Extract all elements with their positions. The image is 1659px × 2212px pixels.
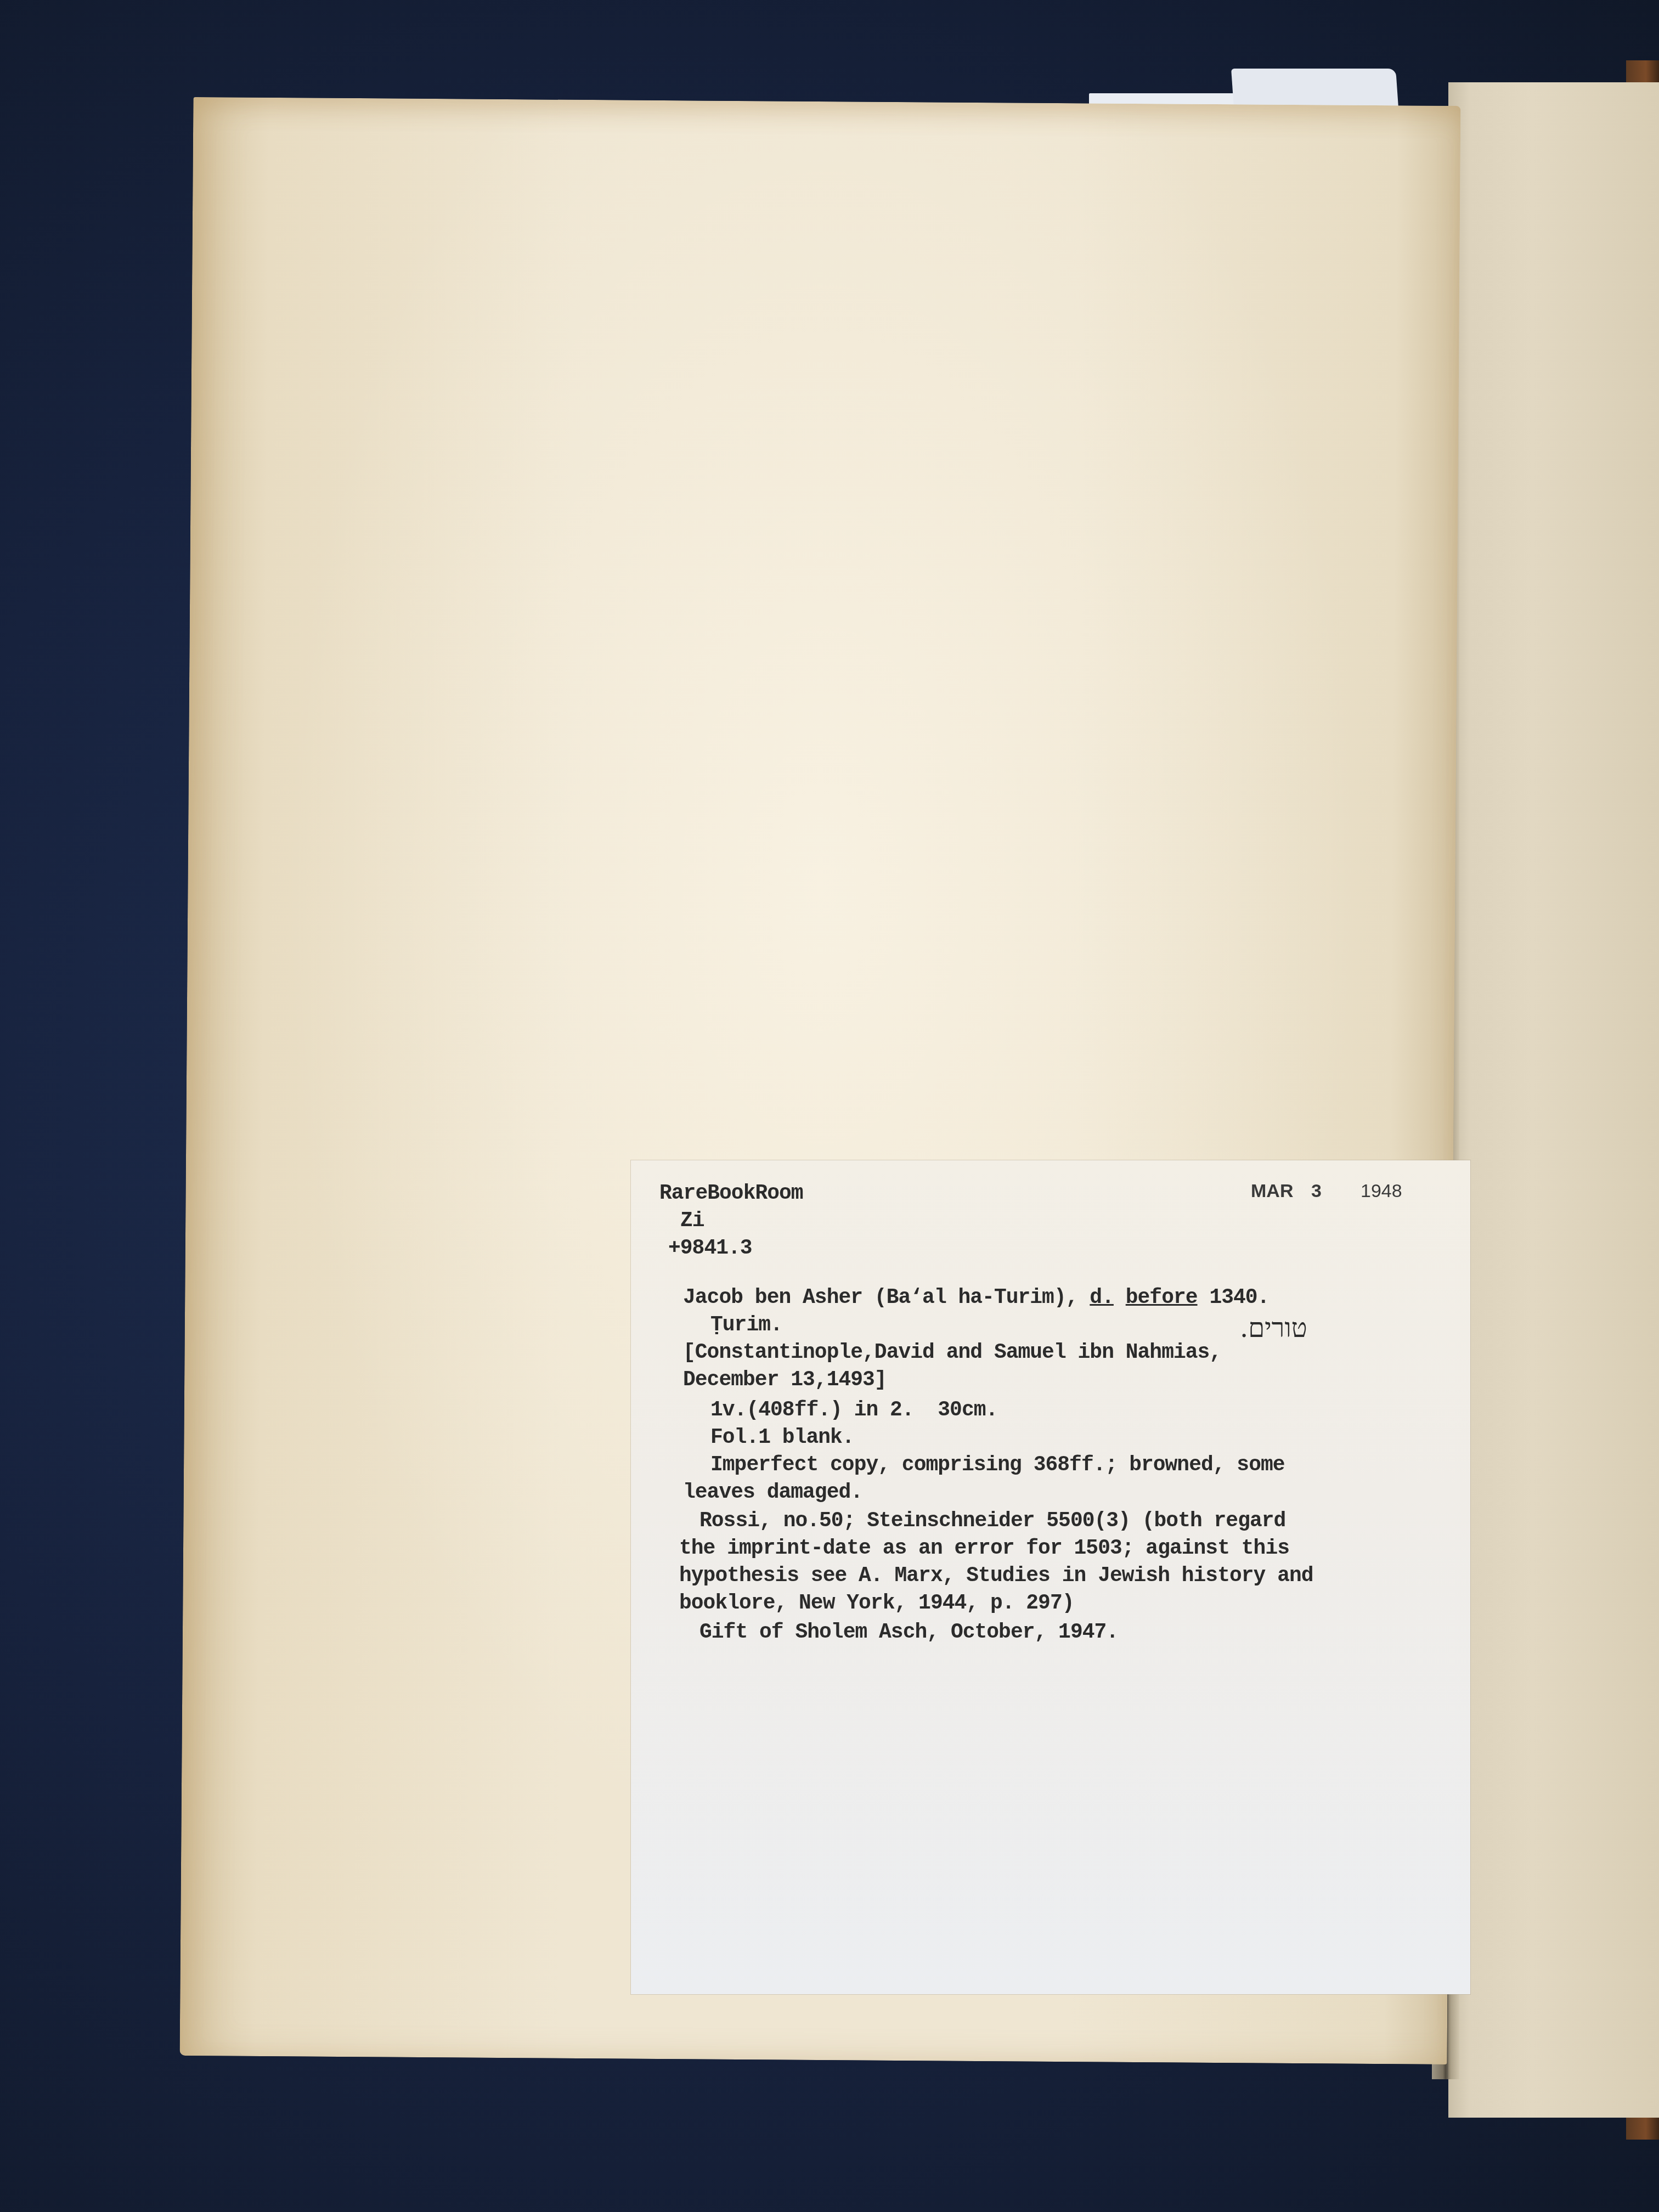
author-heading: Jacob ben Asher (Ba‘al ha-Turim), d. bef… [683, 1284, 1269, 1312]
imprint-line-1: [Constantinople,David and Samuel ibn Nah… [683, 1339, 1221, 1367]
call-number-class: Zi [680, 1207, 704, 1235]
right-page [1448, 82, 1659, 2118]
note-references-2: the imprint-date as an error for 1503; a… [679, 1534, 1289, 1563]
location-label: RareBookRoom [659, 1180, 803, 1208]
author-died-abbrev: d. [1090, 1286, 1114, 1310]
provenance-note: Gift of Sholem Asch, October, 1947. [699, 1618, 1118, 1647]
note-references-3: hypothesis see A. Marx, Studies in Jewis… [679, 1562, 1313, 1590]
note-references-4: booklore, New York, 1944, p. 297) [679, 1589, 1074, 1618]
note-imperfect-1: Imperfect copy, comprising 368ff.; brown… [710, 1451, 1285, 1480]
author-year: 1340. [1198, 1286, 1269, 1310]
note-references-1: Rossi, no.50; Steinschneider 5500(3) (bo… [699, 1507, 1285, 1536]
note-fol-blank: Fol.1 blank. [710, 1424, 854, 1452]
title-hebrew: טורים. [1240, 1314, 1307, 1342]
author-name: Jacob ben Asher (Ba‘al ha-Turim), [683, 1286, 1090, 1310]
stamp-year: 1948 [1361, 1177, 1402, 1205]
note-imperfect-2: leaves damaged. [683, 1479, 862, 1507]
collation: 1v.(408ff.) in 2. 30cm. [710, 1396, 997, 1425]
imprint-line-2: December 13,1493] [683, 1366, 887, 1395]
title: Ṭurim. [710, 1311, 782, 1340]
author-before: before [1126, 1286, 1198, 1310]
catalog-card: RareBookRoom Zi +9841.3 MAR 3 1948 Jacob… [631, 1160, 1470, 1994]
stamp-month: MAR [1251, 1177, 1293, 1205]
call-number: +9841.3 [668, 1234, 752, 1263]
stamp-day: 3 [1311, 1177, 1322, 1205]
